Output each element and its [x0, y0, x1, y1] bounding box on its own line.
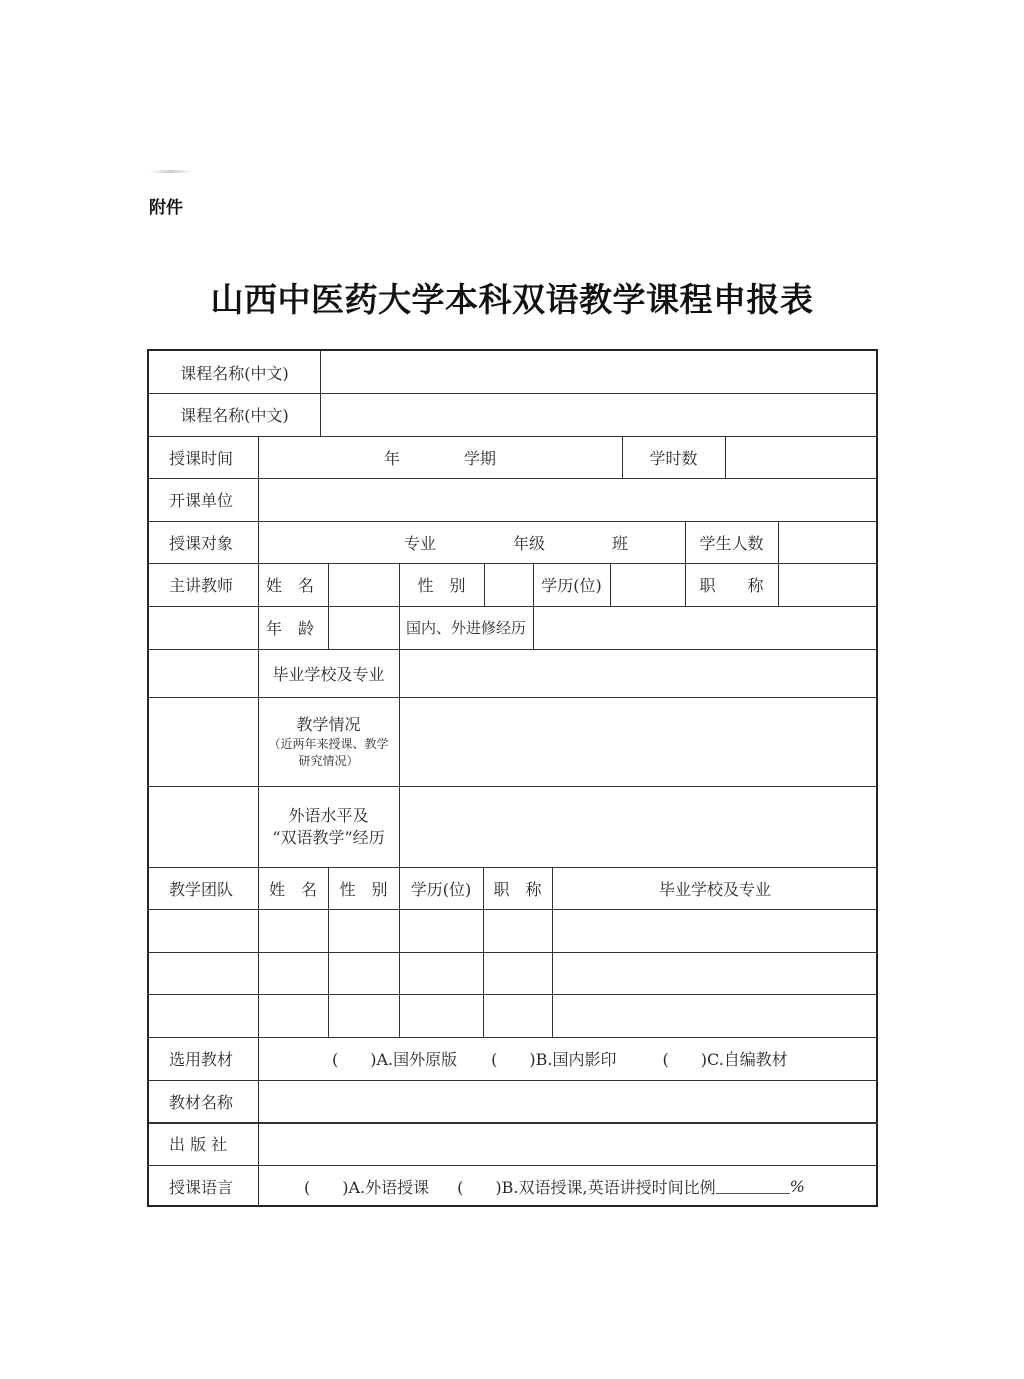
textbook-name-label: 教材名称 [149, 1080, 258, 1122]
lead-teacher-label: 主讲教师 [149, 563, 258, 606]
team-row-3-name[interactable] [258, 994, 328, 1037]
percent-sign: % [790, 1177, 805, 1196]
training-history-label: 国内、外进修经历 [399, 606, 533, 649]
target-students-input[interactable]: 专业 年级 班 [258, 521, 685, 563]
language-experience-input[interactable] [399, 786, 878, 867]
textbook-type-options: ( ) A.国外原版 ( ) B.国内影印 ( ) C.自编教材 [258, 1037, 878, 1080]
teaching-experience-note-1: （近两年来授课、教学 [268, 736, 388, 753]
teacher-degree-label: 学历(位) [533, 563, 610, 606]
team-row-3-school[interactable] [552, 994, 878, 1037]
team-row-2-name[interactable] [258, 952, 328, 994]
textbook-option-b-label: B.国内影印 [536, 1047, 617, 1070]
course-name-cn-input[interactable] [320, 351, 878, 393]
team-row-1-name[interactable] [258, 909, 328, 952]
hours-label: 学时数 [622, 436, 725, 478]
semester-unit: 学期 [464, 446, 496, 469]
teacher-gender-label: 性 别 [399, 563, 484, 606]
teaching-language-label: 授课语言 [149, 1165, 258, 1207]
teacher-name-label: 姓 名 [258, 563, 328, 606]
language-option-b-checkbox[interactable]: ( ) [457, 1175, 502, 1198]
teacher-school-input[interactable] [399, 649, 878, 697]
team-row-1-school[interactable] [552, 909, 878, 952]
teacher-degree-input[interactable] [610, 563, 685, 606]
team-row-3-gender[interactable] [328, 994, 399, 1037]
teaching-team-label: 教学团队 [149, 867, 258, 909]
student-count-label: 学生人数 [685, 521, 778, 563]
textbook-option-a-label: A.国外原版 [377, 1047, 458, 1070]
application-form-table: 课程名称(中文) 课程名称(中文) 授课时间 年 学期 学时数 开课单位 授课对… [147, 349, 878, 1207]
team-row-2-gender[interactable] [328, 952, 399, 994]
class-unit: 班 [612, 531, 628, 554]
publisher-input[interactable] [258, 1122, 878, 1165]
grade-unit: 年级 [513, 531, 545, 554]
teaching-time-input[interactable]: 年 学期 [258, 436, 622, 478]
teacher-age-input[interactable] [328, 606, 399, 649]
textbook-option-b-checkbox[interactable]: ( ) [491, 1047, 536, 1070]
teaching-experience-label: 教学情况 （近两年来授课、教学 研究情况） [258, 697, 399, 786]
team-col-degree: 学历(位) [399, 867, 483, 909]
year-unit: 年 [384, 446, 400, 469]
team-row-2-school[interactable] [552, 952, 878, 994]
course-name-cn-label: 课程名称(中文) [149, 351, 320, 393]
hours-input[interactable] [725, 436, 878, 478]
teaching-time-label: 授课时间 [149, 436, 258, 478]
course-name-cn2-label: 课程名称(中文) [149, 393, 320, 436]
textbook-name-input[interactable] [258, 1080, 878, 1122]
teacher-age-label: 年 龄 [258, 606, 328, 649]
team-row-2-degree[interactable] [399, 952, 483, 994]
teaching-language-options: ( ) A.外语授课 ( ) B.双语授课,英语讲授时间比例 % [258, 1165, 878, 1207]
language-experience-line-2: “双语教学”经历 [272, 827, 384, 849]
attachment-label: 附件 [149, 193, 183, 218]
publisher-label: 出 版 社 [149, 1122, 258, 1165]
team-row-3-degree[interactable] [399, 994, 483, 1037]
language-experience-line-1: 外语水平及 [288, 805, 368, 827]
teacher-title-label: 职 称 [685, 563, 778, 606]
training-history-input[interactable] [533, 606, 878, 649]
team-row-2-title[interactable] [483, 952, 552, 994]
english-ratio-input[interactable] [716, 1179, 790, 1194]
textbook-type-label: 选用教材 [149, 1037, 258, 1080]
scan-mark [150, 170, 192, 173]
language-experience-label: 外语水平及 “双语教学”经历 [258, 786, 399, 867]
textbook-option-a-checkbox[interactable]: ( ) [332, 1047, 377, 1070]
team-col-title: 职 称 [483, 867, 552, 909]
teacher-name-input[interactable] [328, 563, 399, 606]
language-option-a-checkbox[interactable]: ( ) [304, 1175, 349, 1198]
major-unit: 专业 [404, 531, 436, 554]
team-row-1-degree[interactable] [399, 909, 483, 952]
team-col-name: 姓 名 [258, 867, 328, 909]
department-input[interactable] [258, 478, 878, 521]
teacher-title-input[interactable] [778, 563, 878, 606]
teacher-gender-input[interactable] [484, 563, 533, 606]
language-option-b-label: B.双语授课,英语讲授时间比例 [502, 1175, 716, 1198]
teacher-school-label: 毕业学校及专业 [258, 649, 399, 697]
team-col-school: 毕业学校及专业 [552, 867, 878, 909]
teaching-experience-note-2: 研究情况） [298, 753, 358, 770]
page-title: 山西中医药大学本科双语教学课程申报表 [0, 274, 1024, 321]
target-students-label: 授课对象 [149, 521, 258, 563]
teaching-experience-title: 教学情况 [296, 714, 360, 736]
department-label: 开课单位 [149, 478, 258, 521]
textbook-option-c-checkbox[interactable]: ( ) [663, 1047, 708, 1070]
language-option-a-label: A.外语授课 [349, 1175, 430, 1198]
teaching-experience-input[interactable] [399, 697, 878, 786]
team-row-1-title[interactable] [483, 909, 552, 952]
course-name-cn2-input[interactable] [320, 393, 878, 436]
team-col-gender: 性 别 [328, 867, 399, 909]
student-count-input[interactable] [778, 521, 878, 563]
team-row-1-gender[interactable] [328, 909, 399, 952]
team-row-3-title[interactable] [483, 994, 552, 1037]
textbook-option-c-label: C.自编教材 [707, 1047, 788, 1070]
